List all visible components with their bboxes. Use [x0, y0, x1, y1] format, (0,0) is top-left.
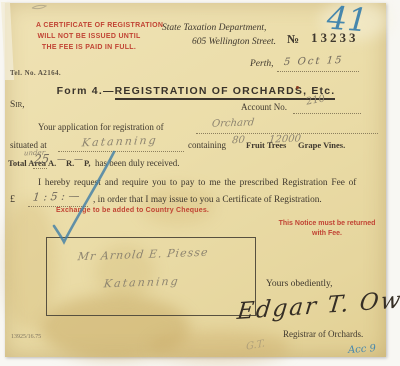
perches-label: P,: [84, 158, 91, 168]
red-warning-line: WILL NOT BE ISSUED UNTIL: [36, 31, 142, 42]
handwritten-addressee-town: Katanning: [103, 275, 180, 291]
exchange-notice: Exchange to be added to Country Cheques.: [56, 207, 209, 214]
handwritten-fee: 1 : 5 : —: [32, 189, 80, 204]
account-rule: [293, 113, 361, 114]
return-notice: This Notice must be returned with Fee.: [268, 219, 386, 239]
red-warning-line: THE FEE IS PAID IN FULL.: [36, 42, 142, 53]
closing-text: Yours obediently,: [266, 279, 333, 289]
request-line: I hereby request and require you to pay …: [38, 178, 356, 188]
form-title-main: REGISTRATION OF ORCHARDS, Etc.: [115, 85, 336, 100]
handwritten-katanning: Katanning: [81, 134, 158, 150]
acres-label: A.: [48, 158, 56, 168]
return-notice-line: with Fee.: [268, 229, 386, 239]
area-rule: [33, 168, 47, 169]
department-address: 605 Wellington Street.: [192, 37, 276, 47]
scanned-document: A CERTIFICATE OF REGISTRATION WILL NOT B…: [0, 0, 400, 366]
handwritten-date: 5 Oct 15: [283, 55, 344, 68]
form-title: Form 4.—REGISTRATION OF ORCHARDS, Etc.: [0, 85, 392, 97]
printers-code: 13925/16.75: [11, 334, 41, 340]
grape-vines-label: Grape Vines.: [298, 140, 345, 150]
pound-sign: £: [10, 194, 15, 205]
account-label: Account No.: [241, 102, 287, 112]
received-text: has been duly received.: [95, 158, 179, 168]
application-text: Your application for registration of: [38, 122, 164, 132]
handwritten-grape-vines-count: 12000: [268, 133, 301, 145]
red-warning-notice: A CERTIFICATE OF REGISTRATION WILL NOT B…: [36, 20, 142, 53]
department-name: State Taxation Department,: [162, 23, 266, 33]
number-sign: №: [287, 32, 299, 47]
situated-rule: [58, 151, 184, 152]
blue-account-note: Acc 9: [348, 343, 377, 356]
salutation: Sir,: [10, 100, 25, 110]
handwritten-orchard: Orchard: [211, 117, 255, 129]
blue-stamp-number: 41: [326, 0, 369, 39]
form-title-prefix: Form 4.: [57, 85, 103, 97]
handwritten-fruit-trees-count: 80: [231, 135, 245, 146]
red-warning-line: A CERTIFICATE OF REGISTRATION: [36, 20, 142, 31]
ink-fleck: [296, 86, 299, 89]
order-line: , in order that I may issue to you a Cer…: [93, 195, 322, 205]
telephone-number: Tel. No. A2164.: [10, 69, 61, 77]
handwritten-dash-perches: —: [73, 155, 83, 165]
place-label: Perth,: [250, 59, 273, 69]
containing-label: containing: [188, 140, 226, 150]
signature-title: Registrar of Orchards.: [283, 329, 363, 339]
form-title-dash: —: [103, 85, 115, 97]
date-rule: [277, 71, 359, 72]
return-notice-line: This Notice must be returned: [268, 219, 386, 229]
